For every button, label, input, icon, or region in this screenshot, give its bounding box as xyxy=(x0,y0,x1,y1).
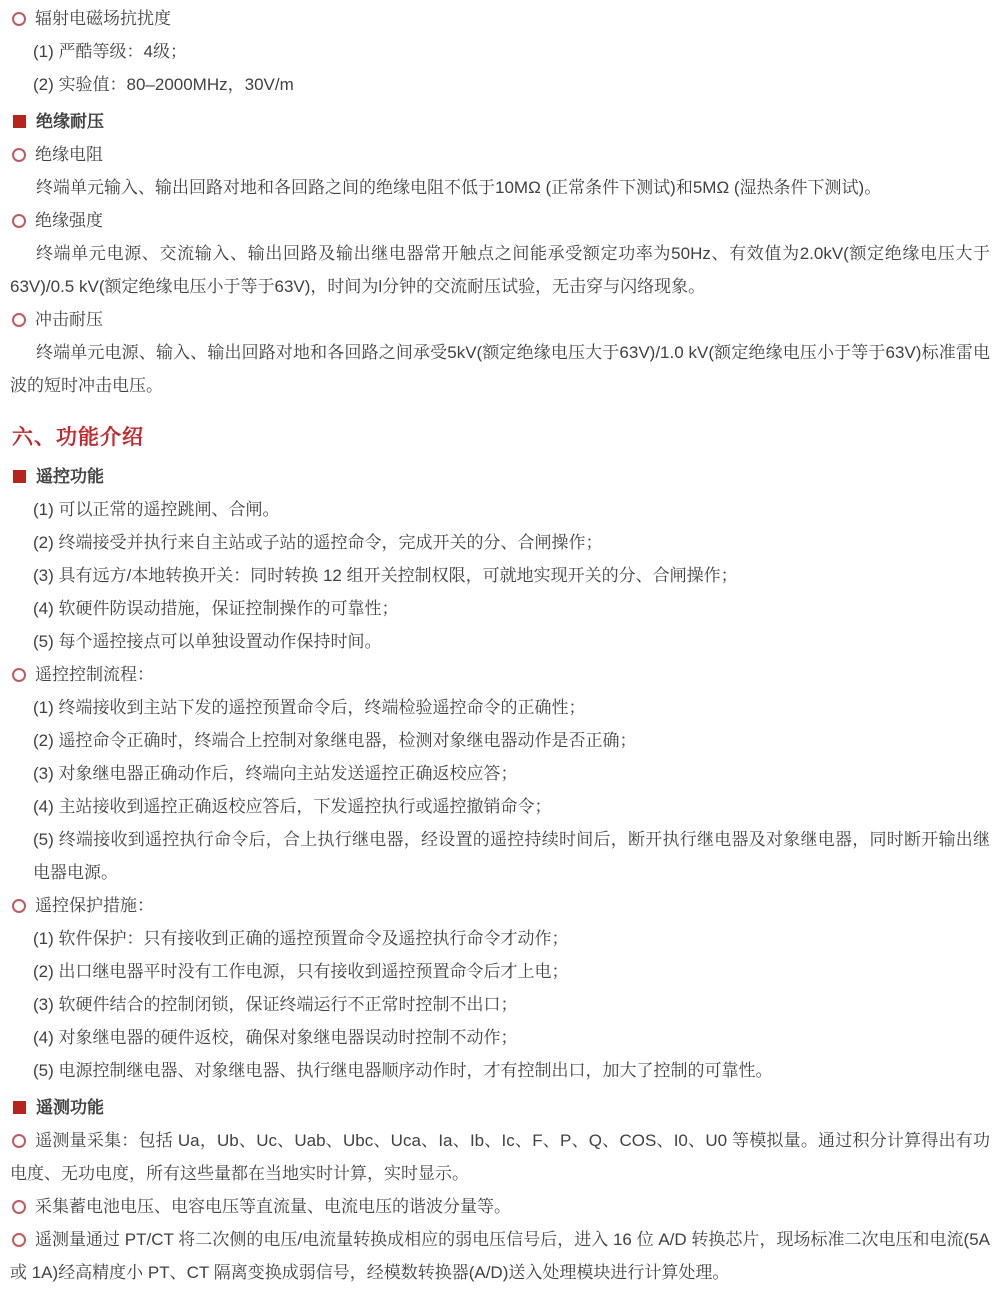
square-bullet-icon xyxy=(13,115,26,128)
chapter-heading: 六、功能介绍 xyxy=(12,420,990,456)
subsection-label: 冲击耐压 xyxy=(35,310,103,329)
circle-bullet-icon xyxy=(12,1134,26,1148)
numbered-list-item: (4) 对象继电器的硬件返校，确保对象继电器误动时控制不动作； xyxy=(33,1021,990,1054)
section-bullet-item: 遥测功能 xyxy=(10,1091,990,1124)
numbered-list-item: (3) 软硬件结合的控制闭锁，保证终端运行不正常时控制不出口； xyxy=(33,988,990,1021)
circle-bullet-icon xyxy=(12,668,26,682)
paragraph: 终端单元电源、输入、输出回路对地和各回路之间承受5kV(额定绝缘电压大于63V)… xyxy=(10,336,990,402)
paragraph: 终端单元电源、交流输入、输出回路及输出继电器常开触点之间能承受额定功率为50Hz… xyxy=(10,237,990,303)
numbered-list-item: (5) 电源控制继电器、对象继电器、执行继电器顺序动作时，才有控制出口，加大了控… xyxy=(33,1054,990,1087)
numbered-list-item: (1) 终端接收到主站下发的遥控预置命令后，终端检验遥控命令的正确性； xyxy=(33,691,990,724)
numbered-list-item: (3) 对象继电器正确动作后，终端向主站发送遥控正确返校应答； xyxy=(33,757,990,790)
circle-bullet-icon xyxy=(12,899,26,913)
circle-bullet-icon xyxy=(12,12,26,26)
numbered-list-item: (2) 实验值：80–2000MHz，30V/m xyxy=(33,68,990,101)
subsection-bullet-item: 遥控控制流程： xyxy=(10,658,990,691)
section-bullet-item: 遥控功能 xyxy=(10,460,990,493)
subsection-bullet-item: 冲击耐压 xyxy=(10,303,990,336)
section-label: 绝缘耐压 xyxy=(36,112,104,131)
square-bullet-icon xyxy=(13,470,26,483)
numbered-list-item: (1) 软件保护：只有接收到正确的遥控预置命令及遥控执行命令才动作； xyxy=(33,922,990,955)
document-page: 辐射电磁场抗扰度(1) 严酷等级：4级；(2) 实验值：80–2000MHz，3… xyxy=(0,0,1000,1290)
numbered-list-item: (1) 可以正常的遥控跳闸、合闸。 xyxy=(33,493,990,526)
section-bullet-item: 绝缘耐压 xyxy=(10,105,990,138)
square-bullet-icon xyxy=(13,1101,26,1114)
subsection-bullet-item: 遥控保护措施： xyxy=(10,889,990,922)
section-label: 遥控功能 xyxy=(36,467,104,486)
subsection-bullet-item: 绝缘电阻 xyxy=(10,138,990,171)
numbered-list-item: (1) 严酷等级：4级； xyxy=(33,35,990,68)
subsection-label: 遥控控制流程： xyxy=(35,665,154,684)
subsection-bullet-item: 辐射电磁场抗扰度 xyxy=(10,2,990,35)
numbered-list-item: (2) 出口继电器平时没有工作电源，只有接收到遥控预置命令后才上电； xyxy=(33,955,990,988)
subsection-label: 绝缘电阻 xyxy=(35,145,103,164)
numbered-list-item: (4) 主站接收到遥控正确返校应答后，下发遥控执行或遥控撤销命令； xyxy=(33,790,990,823)
numbered-list-item: (5) 终端接收到遥控执行命令后，合上执行继电器，经设置的遥控持续时间后，断开执… xyxy=(33,823,990,889)
numbered-list-item: (2) 终端接受并执行来自主站或子站的遥控命令，完成开关的分、合闸操作； xyxy=(33,526,990,559)
bullet-paragraph: 采集蓄电池电压、电容电压等直流量、电流电压的谐波分量等。 xyxy=(10,1190,990,1223)
bullet-paragraph: 遥测量采集：包括 Ua，Ub、Uc、Uab、Ubc、Uca、Ia、Ib、Ic、F… xyxy=(10,1124,990,1190)
numbered-list-item: (5) 每个遥控接点可以单独设置动作保持时间。 xyxy=(33,625,990,658)
paragraph: 终端单元输入、输出回路对地和各回路之间的绝缘电阻不低于10MΩ (正常条件下测试… xyxy=(10,171,990,204)
numbered-list-item: (2) 遥控命令正确时，终端合上控制对象继电器，检测对象继电器动作是否正确； xyxy=(33,724,990,757)
subsection-label: 绝缘强度 xyxy=(35,211,103,230)
circle-bullet-icon xyxy=(12,1233,26,1247)
subsection-bullet-item: 绝缘强度 xyxy=(10,204,990,237)
numbered-list-item: (3) 具有远方/本地转换开关：同时转换 12 组开关控制权限，可就地实现开关的… xyxy=(33,559,990,592)
circle-bullet-icon xyxy=(12,313,26,327)
subsection-label: 辐射电磁场抗扰度 xyxy=(35,9,171,28)
bullet-paragraph: 遥测量通过 PT/CT 将二次侧的电压/电流量转换成相应的弱电压信号后，进入 1… xyxy=(10,1223,990,1289)
circle-bullet-icon xyxy=(12,1200,26,1214)
subsection-label: 遥控保护措施： xyxy=(35,896,154,915)
document-body: 辐射电磁场抗扰度(1) 严酷等级：4级；(2) 实验值：80–2000MHz，3… xyxy=(10,2,990,1289)
section-label: 遥测功能 xyxy=(36,1098,104,1117)
numbered-list-item: (4) 软硬件防误动措施，保证控制操作的可靠性； xyxy=(33,592,990,625)
circle-bullet-icon xyxy=(12,148,26,162)
circle-bullet-icon xyxy=(12,214,26,228)
